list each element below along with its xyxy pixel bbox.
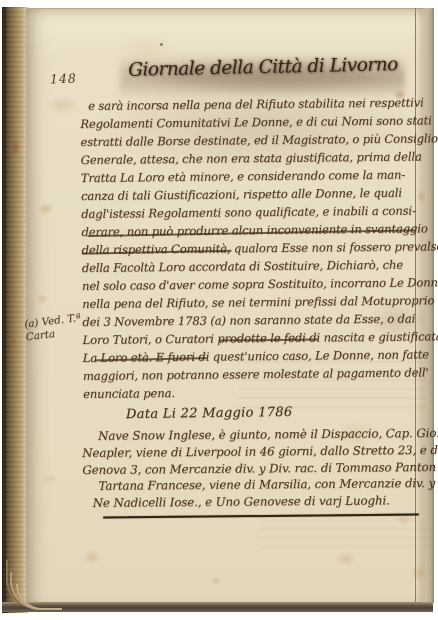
manuscript-photo: 148 Giornale della Città di Livorno e sa… bbox=[0, 0, 438, 620]
ink-speck bbox=[160, 43, 163, 46]
text-line: Ne Nadicelli Iose., e Uno Genovese di va… bbox=[83, 492, 433, 512]
entry-text: Nave Snow Inglese, è giunto, nomè il Dis… bbox=[82, 425, 433, 512]
body-text: e sarà incorsa nella pena del Rifiuto st… bbox=[80, 93, 435, 403]
book-bottom-edge bbox=[2, 602, 433, 612]
book-binding-edge bbox=[2, 7, 28, 613]
date-line: Data Li 22 Maggio 1786 bbox=[126, 405, 293, 422]
verso-show-through bbox=[258, 520, 430, 548]
text-line: enunciata pena. bbox=[83, 381, 435, 403]
text-line: maggiori, non potranno essere molestate … bbox=[83, 363, 435, 385]
page-number: 148 bbox=[50, 71, 77, 87]
